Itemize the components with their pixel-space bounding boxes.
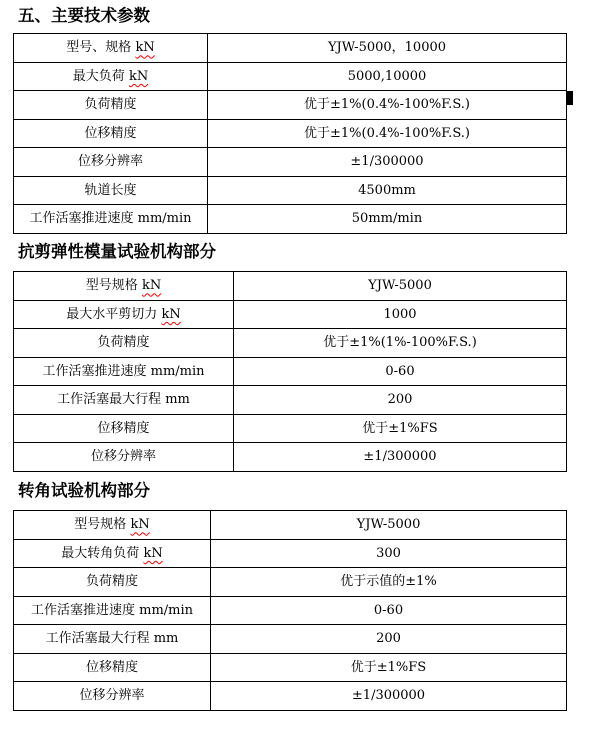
param-label: 位移精度 [84,126,136,141]
param-label-cell: 工作活塞最大行程 mm [14,625,211,654]
param-value-cell: 4500mm [208,176,567,205]
param-label: 型号规格 [86,278,142,293]
param-value-cell: YJW-5000 [234,272,567,301]
param-label: 负荷精度 [84,97,136,112]
param-value-cell: 0-60 [211,596,567,625]
revision-change-bar [567,91,573,105]
param-label: 工作活塞推进速度 mm/min [31,603,193,618]
spellcheck-flagged-unit: kN [161,307,180,322]
param-label-cell: 负荷精度 [14,329,234,358]
param-label-cell: 位移精度 [14,119,208,148]
param-label-cell: 工作活塞推进速度 mm/min [14,357,234,386]
table-row: 最大转角负荷 kN 300 [14,539,567,568]
section-heading-rotation-angle: 转角试验机构部分 [18,481,150,501]
spellcheck-flagged-unit: kN [142,278,161,293]
table-row: 工作活塞推进速度 mm/min 0-60 [14,596,567,625]
table-row: 负荷精度 优于±1%(0.4%-100%F.S.) [14,91,567,120]
spellcheck-flagged-unit: kN [143,546,162,561]
param-label-cell: 型号规格 kN [14,272,234,301]
param-label-cell: 轨道长度 [14,176,208,205]
table-row: 位移精度 优于±1%(0.4%-100%F.S.) [14,119,567,148]
param-value-cell: YJW-5000 [211,511,567,540]
param-value-cell: ±1/300000 [208,148,567,177]
param-label-cell: 最大转角负荷 kN [14,539,211,568]
param-value-cell: 0-60 [234,357,567,386]
param-label-cell: 型号、规格 kN [14,34,208,63]
param-value-cell: 优于±1%(0.4%-100%F.S.) [208,119,567,148]
param-label: 位移分辨率 [79,688,144,703]
param-label: 型号规格 [74,517,130,532]
table-row: 位移分辨率 ±1/300000 [14,443,567,472]
param-label-cell: 工作活塞推进速度 mm/min [14,596,211,625]
param-label-cell: 位移分辨率 [14,682,211,711]
param-label: 轨道长度 [84,183,136,198]
table-row: 型号、规格 kN YJW-5000，10000 [14,34,567,63]
table-row: 位移精度 优于±1%FS [14,414,567,443]
param-label: 工作活塞最大行程 mm [57,392,190,407]
param-label: 位移分辨率 [91,449,156,464]
param-label-cell: 负荷精度 [14,568,211,597]
param-label-cell: 位移精度 [14,414,234,443]
table-row: 最大水平剪切力 kN 1000 [14,300,567,329]
param-label: 工作活塞推进速度 mm/min [29,211,191,226]
param-label-cell: 最大负荷 kN [14,62,208,91]
table-row: 负荷精度 优于±1%(1%-100%F.S.) [14,329,567,358]
param-label: 型号、规格 [66,40,135,55]
param-label: 最大负荷 [73,69,129,84]
param-label: 工作活塞推进速度 mm/min [42,364,204,379]
param-value-cell: YJW-5000，10000 [208,34,567,63]
param-value-cell: 1000 [234,300,567,329]
param-value-cell: 优于示值的±1% [211,568,567,597]
param-value-cell: 5000,10000 [208,62,567,91]
table-row: 型号规格 kN YJW-5000 [14,272,567,301]
table-row: 最大负荷 kN 5000,10000 [14,62,567,91]
rotation-angle-params-table: 型号规格 kN YJW-5000 最大转角负荷 kN 300 负荷精度 优于示值… [13,510,567,711]
param-label: 最大水平剪切力 [66,307,161,322]
param-value-cell: 优于±1%FS [234,414,567,443]
spellcheck-flagged-unit: kN [135,40,154,55]
param-value-cell: 50mm/min [208,205,567,234]
param-value-cell: 优于±1%FS [211,653,567,682]
table-row: 工作活塞最大行程 mm 200 [14,625,567,654]
table-row: 位移分辨率 ±1/300000 [14,682,567,711]
table-row: 轨道长度 4500mm [14,176,567,205]
table-row: 工作活塞推进速度 mm/min 0-60 [14,357,567,386]
param-label-cell: 工作活塞推进速度 mm/min [14,205,208,234]
param-value-cell: ±1/300000 [211,682,567,711]
table-row: 工作活塞推进速度 mm/min 50mm/min [14,205,567,234]
param-label: 工作活塞最大行程 mm [46,631,179,646]
param-label-cell: 负荷精度 [14,91,208,120]
param-label-cell: 位移精度 [14,653,211,682]
table-row: 工作活塞最大行程 mm 200 [14,386,567,415]
table-row: 型号规格 kN YJW-5000 [14,511,567,540]
param-label: 负荷精度 [97,335,149,350]
section-heading-main-params: 五、主要技术参数 [18,6,150,26]
param-label-cell: 最大水平剪切力 kN [14,300,234,329]
param-value-cell: 300 [211,539,567,568]
param-value-cell: 200 [234,386,567,415]
param-label: 位移分辨率 [78,154,143,169]
table-row: 负荷精度 优于示值的±1% [14,568,567,597]
main-params-table: 型号、规格 kN YJW-5000，10000 最大负荷 kN 5000,100… [13,33,567,234]
spellcheck-flagged-unit: kN [130,517,149,532]
param-value-cell: 200 [211,625,567,654]
param-label: 负荷精度 [86,574,138,589]
param-value-cell: 优于±1%(1%-100%F.S.) [234,329,567,358]
param-label-cell: 位移分辨率 [14,443,234,472]
param-value-cell: 优于±1%(0.4%-100%F.S.) [208,91,567,120]
param-label: 位移精度 [86,660,138,675]
table-row: 位移精度 优于±1%FS [14,653,567,682]
section-heading-shear-modulus: 抗剪弹性模量试验机构部分 [18,242,216,262]
param-label: 最大转角负荷 [61,546,143,561]
param-value-cell: ±1/300000 [234,443,567,472]
shear-modulus-params-table: 型号规格 kN YJW-5000 最大水平剪切力 kN 1000 负荷精度 优于… [13,271,567,472]
param-label-cell: 位移分辨率 [14,148,208,177]
param-label: 位移精度 [97,421,149,436]
document-page: 五、主要技术参数 型号、规格 kN YJW-5000，10000 最大负荷 kN… [0,0,599,730]
table-row: 位移分辨率 ±1/300000 [14,148,567,177]
param-label-cell: 型号规格 kN [14,511,211,540]
spellcheck-flagged-unit: kN [129,69,148,84]
param-label-cell: 工作活塞最大行程 mm [14,386,234,415]
